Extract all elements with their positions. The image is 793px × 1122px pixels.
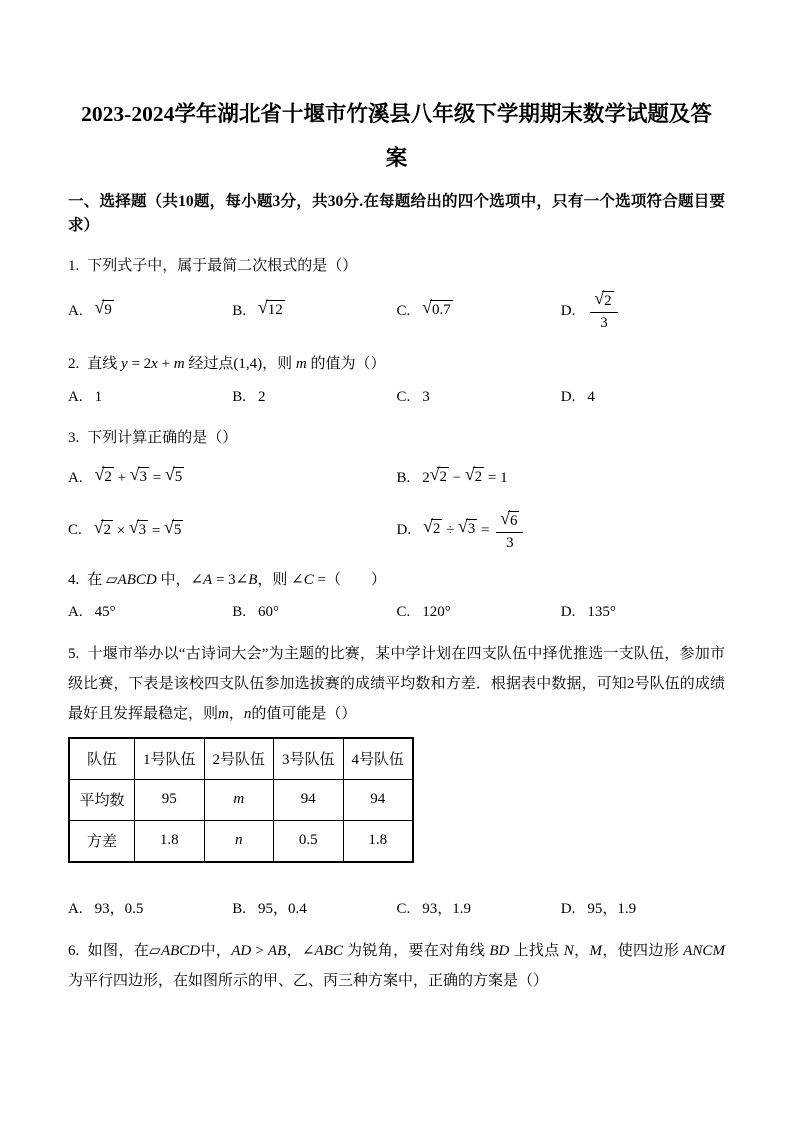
question-6: 6.如图，在▱ABCD中，AD > AB，∠ABC 为锐角，要在对角线 BD 上… xyxy=(68,936,725,996)
option-label: A. xyxy=(68,301,83,322)
table-cell: 95 xyxy=(135,779,205,820)
option-label: D. xyxy=(397,520,412,541)
question-5-text: 十堰市举办以“古诗词大会”为主题的比赛，某中学计划在四支队伍中择优推选一支队伍，… xyxy=(68,646,725,722)
question-3-text: 下列计算正确的是（） xyxy=(87,430,237,446)
question-6-text: 如图，在▱ABCD中，AD > AB，∠ABC 为锐角，要在对角线 BD 上找点… xyxy=(68,943,725,989)
option-label: A. xyxy=(68,387,83,408)
document-title: 2023-2024学年湖北省十堰市竹溪县八年级下学期期末数学试题及答 案 xyxy=(68,92,725,180)
option-label: C. xyxy=(397,387,411,408)
question-2-option-d: D.4 xyxy=(561,384,725,410)
question-2: 2.直线 y = 2x + m 经过点(1,4)，则 m 的值为（） A.1 B… xyxy=(68,349,725,410)
table-header-cell: 4号队伍 xyxy=(343,738,413,780)
question-5: 5.十堰市举办以“古诗词大会”为主题的比赛，某中学计划在四支队伍中择优推选一支队… xyxy=(68,639,725,923)
question-4-stem: 4.在 ▱ABCD 中，∠A = 3∠B，则 ∠C =（ ） xyxy=(68,565,725,595)
table-header-cell: 1号队伍 xyxy=(135,738,205,780)
question-5-option-c: C.93，1.9 xyxy=(397,897,561,923)
option-value: √23 xyxy=(587,290,620,332)
option-value: 95，0.4 xyxy=(258,899,307,920)
question-4-option-c: C.120° xyxy=(397,600,561,626)
question-1-option-d: D.√23 xyxy=(561,286,725,336)
option-label: A. xyxy=(68,899,83,920)
option-label: B. xyxy=(232,301,246,322)
question-3-option-c: C.√2 × √3 = √5 xyxy=(68,510,397,552)
option-value: 3 xyxy=(422,387,430,408)
table-header-cell: 2号队伍 xyxy=(204,738,274,780)
option-label: C. xyxy=(397,602,411,623)
option-value: 1 xyxy=(95,387,103,408)
question-4: 4.在 ▱ABCD 中，∠A = 3∠B，则 ∠C =（ ） A.45° B.6… xyxy=(68,565,725,626)
table-cell: 1.8 xyxy=(135,820,205,862)
option-label: C. xyxy=(68,520,82,541)
option-label: B. xyxy=(397,468,411,489)
question-2-option-c: C.3 xyxy=(397,384,561,410)
question-4-option-d: D.135° xyxy=(561,600,725,626)
option-label: B. xyxy=(232,899,246,920)
question-4-option-a: A.45° xyxy=(68,600,232,626)
option-value: √2 ÷ √3 = √63 xyxy=(423,510,526,552)
question-2-number: 2. xyxy=(68,356,79,372)
question-3-number: 3. xyxy=(68,430,79,446)
option-value: 95，1.9 xyxy=(587,899,636,920)
question-4-text: 在 ▱ABCD 中，∠A = 3∠B，则 ∠C =（ ） xyxy=(87,572,386,588)
table-header-cell: 队伍 xyxy=(69,738,135,780)
question-2-options: A.1 B.2 C.3 D.4 xyxy=(68,384,725,410)
question-3: 3.下列计算正确的是（） A.√2 + √3 = √5 B.2√2 − √2 =… xyxy=(68,423,725,552)
score-table: 队伍 1号队伍 2号队伍 3号队伍 4号队伍 平均数 95 m 94 94 方差… xyxy=(68,737,414,863)
table-cell: m xyxy=(204,779,274,820)
question-5-option-b: B.95，0.4 xyxy=(232,897,396,923)
option-value: √2 × √3 = √5 xyxy=(94,520,184,542)
question-6-stem: 6.如图，在▱ABCD中，AD > AB，∠ABC 为锐角，要在对角线 BD 上… xyxy=(68,936,725,996)
question-5-option-a: A.93，0.5 xyxy=(68,897,232,923)
table-header-cell: 3号队伍 xyxy=(274,738,344,780)
question-5-number: 5. xyxy=(68,646,79,662)
table-cell: n xyxy=(204,820,274,862)
question-2-stem: 2.直线 y = 2x + m 经过点(1,4)，则 m 的值为（） xyxy=(68,349,725,379)
question-1: 1.下列式子中，属于最简二次根式的是（） A.√9 B.√12 C.√0.7 D… xyxy=(68,251,725,336)
question-2-text: 直线 y = 2x + m 经过点(1,4)，则 m 的值为（） xyxy=(87,356,385,372)
option-value: 4 xyxy=(587,387,595,408)
option-value: 45° xyxy=(95,602,116,623)
question-3-option-a: A.√2 + √3 = √5 xyxy=(68,458,397,498)
option-value: 120° xyxy=(422,602,451,623)
question-6-number: 6. xyxy=(68,943,79,959)
question-4-options: A.45° B.60° C.120° D.135° xyxy=(68,600,725,626)
table-row-label: 平均数 xyxy=(69,779,135,820)
option-value: √0.7 xyxy=(422,300,452,322)
question-1-text: 下列式子中，属于最简二次根式的是（） xyxy=(87,258,357,274)
question-3-options: A.√2 + √3 = √5 B.2√2 − √2 = 1 C.√2 × √3 … xyxy=(68,458,725,552)
question-1-options: A.√9 B.√12 C.√0.7 D.√23 xyxy=(68,286,725,336)
table-cell: 0.5 xyxy=(274,820,344,862)
question-3-option-b: B.2√2 − √2 = 1 xyxy=(397,458,726,498)
table-row-variance: 方差 1.8 n 0.5 1.8 xyxy=(69,820,413,862)
option-label: C. xyxy=(397,301,411,322)
option-label: A. xyxy=(68,468,83,489)
table-row-label: 方差 xyxy=(69,820,135,862)
question-2-option-b: B.2 xyxy=(232,384,396,410)
option-value: 2√2 − √2 = 1 xyxy=(422,467,507,489)
option-label: D. xyxy=(561,899,576,920)
question-4-option-b: B.60° xyxy=(232,600,396,626)
table-cell: 94 xyxy=(343,779,413,820)
table-header-row: 队伍 1号队伍 2号队伍 3号队伍 4号队伍 xyxy=(69,738,413,780)
question-3-option-d: D.√2 ÷ √3 = √63 xyxy=(397,510,726,552)
option-label: C. xyxy=(397,899,411,920)
option-value: √2 + √3 = √5 xyxy=(95,467,185,489)
document-page: 2023-2024学年湖北省十堰市竹溪县八年级下学期期末数学试题及答 案 一、选… xyxy=(0,0,793,1122)
table-row-average: 平均数 95 m 94 94 xyxy=(69,779,413,820)
option-label: D. xyxy=(561,301,576,322)
option-value: 135° xyxy=(587,602,616,623)
question-1-stem: 1.下列式子中，属于最简二次根式的是（） xyxy=(68,251,725,281)
question-1-option-b: B.√12 xyxy=(232,286,396,336)
table-cell: 94 xyxy=(274,779,344,820)
question-1-option-a: A.√9 xyxy=(68,286,232,336)
option-value: √9 xyxy=(95,300,114,322)
table-cell: 1.8 xyxy=(343,820,413,862)
document-title-line1: 2023-2024学年湖北省十堰市竹溪县八年级下学期期末数学试题及答 xyxy=(68,92,725,136)
option-label: D. xyxy=(561,602,576,623)
question-3-stem: 3.下列计算正确的是（） xyxy=(68,423,725,453)
question-1-option-c: C.√0.7 xyxy=(397,286,561,336)
option-value: 2 xyxy=(258,387,266,408)
question-4-number: 4. xyxy=(68,572,79,588)
option-value: 60° xyxy=(258,602,279,623)
option-label: B. xyxy=(232,387,246,408)
question-5-stem: 5.十堰市举办以“古诗词大会”为主题的比赛，某中学计划在四支队伍中择优推选一支队… xyxy=(68,639,725,729)
option-value: 93，1.9 xyxy=(422,899,471,920)
option-label: A. xyxy=(68,602,83,623)
section-header: 一、选择题（共10题，每小题3分，共30分.在每题给出的四个选项中，只有一个选项… xyxy=(68,190,725,238)
question-2-option-a: A.1 xyxy=(68,384,232,410)
option-label: D. xyxy=(561,387,576,408)
question-1-number: 1. xyxy=(68,258,79,274)
option-value: √12 xyxy=(258,300,285,322)
option-value: 93，0.5 xyxy=(95,899,144,920)
document-title-line2: 案 xyxy=(68,136,725,180)
question-5-options: A.93，0.5 B.95，0.4 C.93，1.9 D.95，1.9 xyxy=(68,897,725,923)
option-label: B. xyxy=(232,602,246,623)
question-5-option-d: D.95，1.9 xyxy=(561,897,725,923)
